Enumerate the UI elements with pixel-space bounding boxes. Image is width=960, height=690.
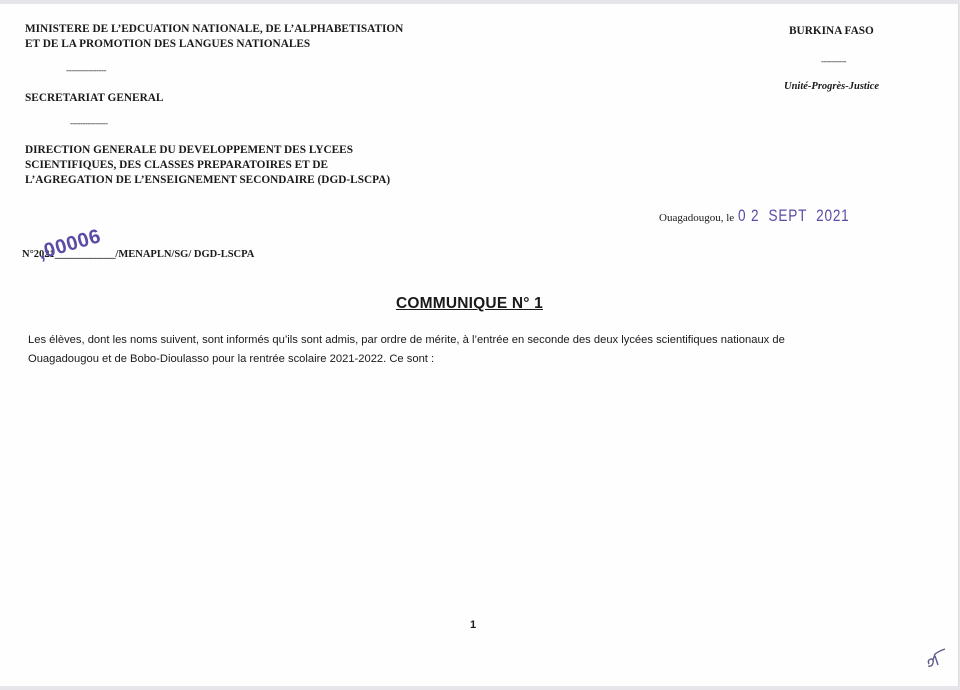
country-name: BURKINA FASO (789, 24, 874, 39)
body-line-2: Ouagadougou et de Bobo-Dioulasso pour la… (28, 350, 785, 369)
body-line-1: Les élèves, dont les noms suivent, sont … (28, 331, 785, 350)
direction-line-3: L’AGREGATION DE L’ENSEIGNEMENT SECONDAIR… (25, 173, 390, 188)
date-stamp: 0 2 SEPT 2021 (738, 206, 850, 226)
ministry-line-1: MINISTERE DE L’EDCUATION NATIONALE, DE L… (25, 22, 403, 37)
handwritten-initials-icon (925, 646, 947, 670)
national-motto: Unité-Progrès-Justice (784, 79, 879, 94)
communique-title: COMMUNIQUE N° 1 (396, 295, 543, 313)
reference-suffix: /MENAPLN/SG/ DGD-LSCPA (115, 249, 254, 260)
date-line: Ouagadougou, le 0 2 SEPT 2021 (659, 206, 878, 226)
page-number: 1 (470, 619, 476, 631)
ministry-line-2: ET DE LA PROMOTION DES LANGUES NATIONALE… (25, 37, 403, 52)
separator: --------------- (70, 118, 107, 128)
direction-line-1: DIRECTION GENERALE DU DEVELOPPEMENT DES … (25, 143, 390, 158)
separator: ---------------- (66, 65, 106, 75)
place-label: Ouagadougou, le (659, 212, 734, 224)
direction-name: DIRECTION GENERALE DU DEVELOPPEMENT DES … (25, 143, 390, 188)
separator: ---------- (821, 56, 846, 66)
secretariat-general: SECRETARIAT GENERAL (25, 91, 163, 106)
document-page: MINISTERE DE L’EDCUATION NATIONALE, DE L… (0, 4, 959, 686)
ministry-name: MINISTERE DE L’EDCUATION NATIONALE, DE L… (25, 22, 403, 52)
direction-line-2: SCIENTIFIQUES, DES CLASSES PREPARATOIRES… (25, 158, 390, 173)
communique-body: Les élèves, dont les noms suivent, sont … (28, 331, 785, 369)
